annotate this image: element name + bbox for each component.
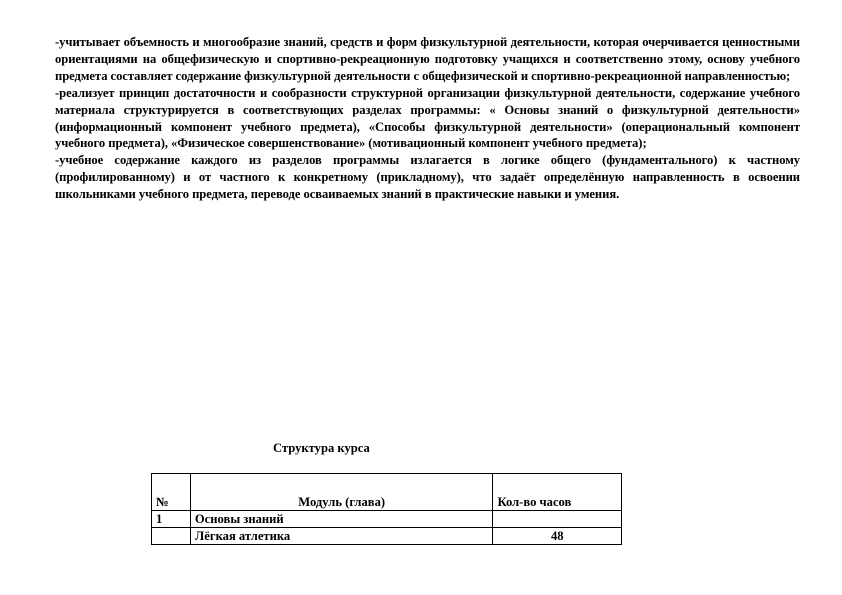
row-module: Основы знаний xyxy=(190,511,493,528)
body-text: -учитывает объемность и многообразие зна… xyxy=(55,34,800,203)
document-page: -учитывает объемность и многообразие зна… xyxy=(0,0,842,595)
header-num: № xyxy=(152,474,191,511)
course-structure-table: № Модуль (глава) Кол-во часов 1 Основы з… xyxy=(151,473,622,545)
header-module: Модуль (глава) xyxy=(190,474,493,511)
paragraph-2: -реализует принцип достаточности и сообр… xyxy=(55,85,800,153)
table-row: 1 Основы знаний xyxy=(152,511,622,528)
row-hours: 48 xyxy=(493,528,622,545)
row-num xyxy=(152,528,191,545)
paragraph-1: -учитывает объемность и многообразие зна… xyxy=(55,34,800,85)
row-hours xyxy=(493,511,622,528)
table-header-row: № Модуль (глава) Кол-во часов xyxy=(152,474,622,511)
row-module: Лёгкая атлетика xyxy=(190,528,493,545)
paragraph-3: -учебное содержание каждого из разделов … xyxy=(55,152,800,203)
header-hours: Кол-во часов xyxy=(493,474,622,511)
course-structure-title: Структура курса xyxy=(273,440,370,456)
table-row: Лёгкая атлетика 48 xyxy=(152,528,622,545)
row-num: 1 xyxy=(152,511,191,528)
